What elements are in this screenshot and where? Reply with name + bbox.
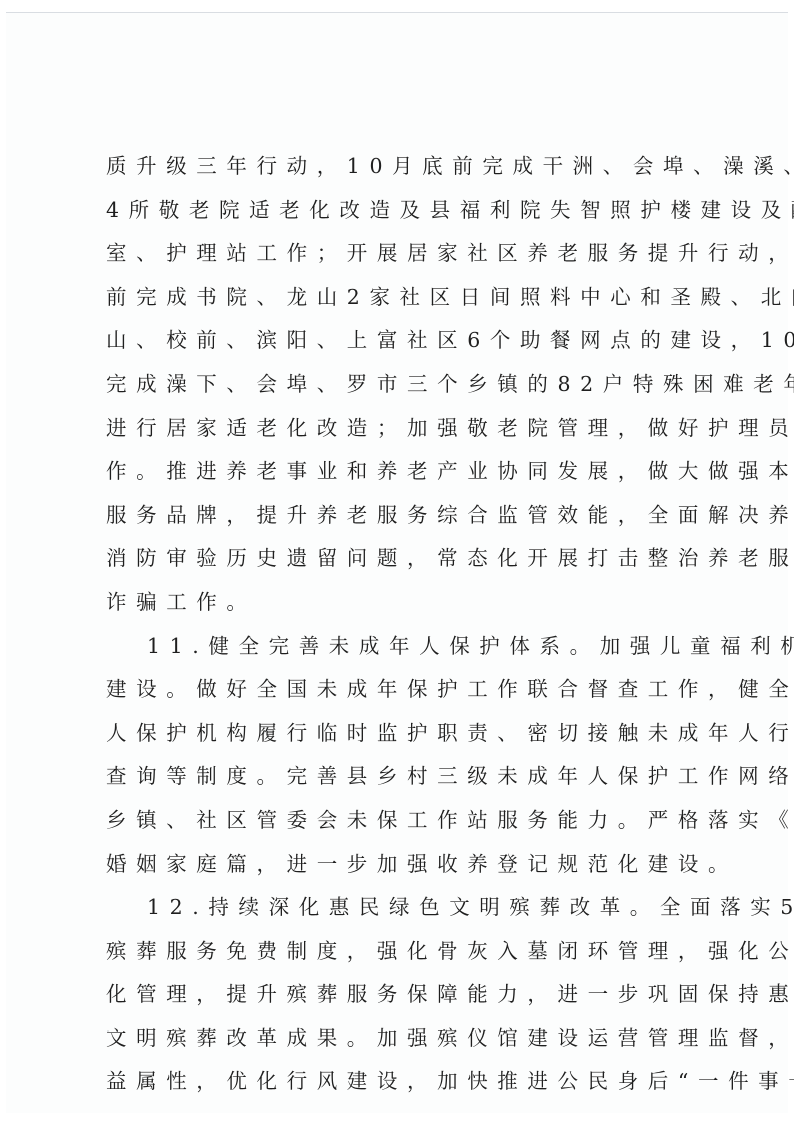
text-line: 益属性，优化行风建设，加快推进公民身后“一件事一次办” [106, 1065, 706, 1109]
text-line: 进行居家适老化改造；加强敬老院管理，做好护理员培训工 [106, 412, 706, 456]
text-line: 前完成书院、龙山2家社区日间照料中心和圣殿、北门、罗 [106, 281, 706, 325]
text-line: 消防审验历史遗留问题，常态化开展打击整治养老服务领域 [106, 542, 706, 586]
text-line: 查询等制度。完善县乡村三级未成年人保护工作网络，提升 [106, 760, 706, 804]
text-line: 4所敬老院适老化改造及县福利院失智照护楼建设及配建医务 [106, 194, 706, 238]
text-line: 完成澡下、会埠、罗市三个乡镇的82户特殊困难老年人家庭 [106, 368, 706, 412]
text-line: 人保护机构履行临时监护职责、密切接触未成年人行业入职 [106, 717, 706, 761]
text-line: 婚姻家庭篇，进一步加强收养登记规范化建设。 [106, 848, 706, 892]
paragraph-item-12: 12.持续深化惠民绿色文明殡葬改革。全面落实5项基本 殡葬服务免费制度，强化骨灰… [106, 891, 706, 1109]
document-page: 质升级三年行动，10月底前完成干洲、会埠、澡溪、石溪等 4所敬老院适老化改造及县… [6, 12, 788, 1113]
paragraph-item-10-continuation: 质升级三年行动，10月底前完成干洲、会埠、澡溪、石溪等 4所敬老院适老化改造及县… [106, 150, 706, 630]
text-line: 室、护理站工作；开展居家社区养老服务提升行动，10月底 [106, 237, 706, 281]
text-line: 文明殡葬改革成果。加强殡仪馆建设运营管理监督，突出公 [106, 1022, 706, 1066]
text-line: 建设。做好全国未成年保护工作联合督查工作，健全未成年 [106, 673, 706, 717]
text-line: 诈骗工作。 [106, 586, 706, 630]
text-line: 乡镇、社区管委会未保工作站服务能力。严格落实《民法典》 [106, 804, 706, 848]
text-line: 化管理，提升殡葬服务保障能力，进一步巩固保持惠民绿色 [106, 978, 706, 1022]
text-line: 殡葬服务免费制度，强化骨灰入墓闭环管理，强化公墓规范 [106, 935, 706, 979]
document-body: 质升级三年行动，10月底前完成干洲、会埠、澡溪、石溪等 4所敬老院适老化改造及县… [106, 150, 706, 1109]
paragraph-item-11: 11.健全完善未成年人保护体系。加强儿童福利机构档案 建设。做好全国未成年保护工… [106, 630, 706, 892]
scan-artifact [107, 1030, 109, 1032]
text-line: 质升级三年行动，10月底前完成干洲、会埠、澡溪、石溪等 [106, 150, 706, 194]
text-line: 服务品牌，提升养老服务综合监管效能，全面解决养老机构 [106, 499, 706, 543]
text-line: 山、校前、滨阳、上富社区6个助餐网点的建设，10月底前 [106, 324, 706, 368]
item-heading-line: 11.健全完善未成年人保护体系。加强儿童福利机构档案 [106, 630, 706, 674]
text-line: 作。推进养老事业和养老产业协同发展，做大做强本土养老 [106, 455, 706, 499]
item-heading-line: 12.持续深化惠民绿色文明殡葬改革。全面落实5项基本 [106, 891, 706, 935]
